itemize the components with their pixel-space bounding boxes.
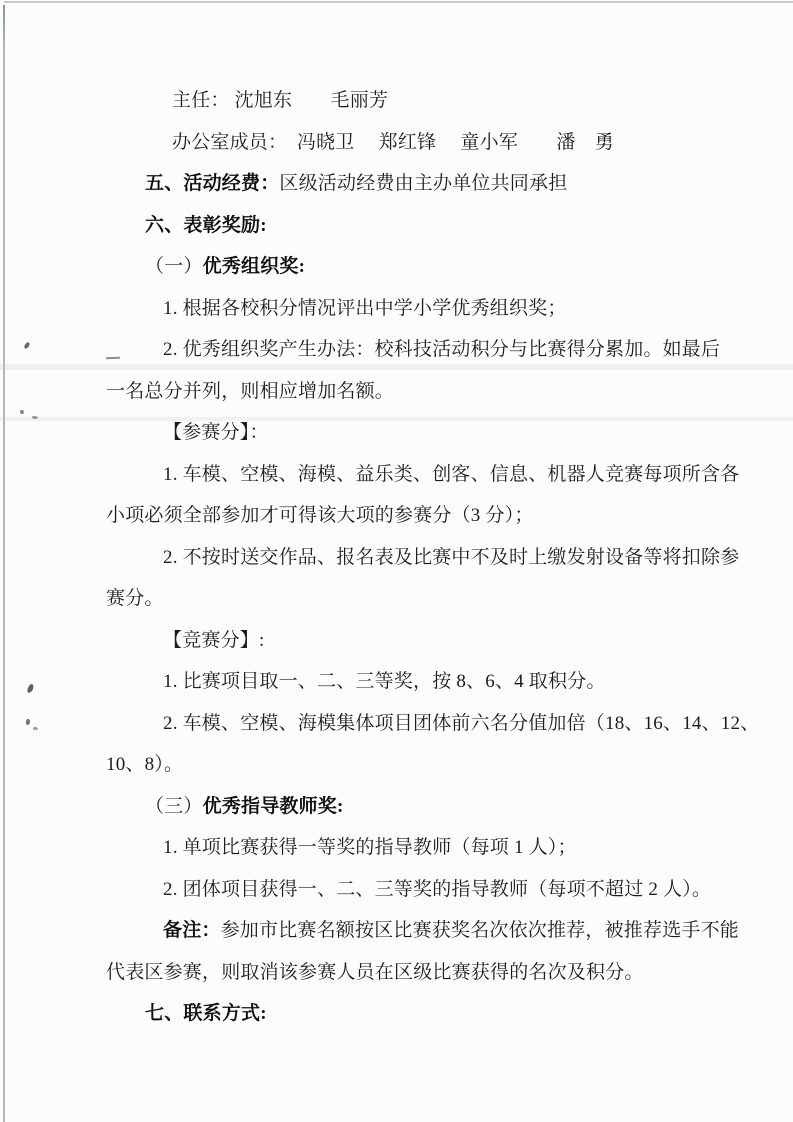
text-segment: 赛分。 [106,588,164,609]
text-segment: 代表区参赛，则取消该参赛人员在区级比赛获得的名次及积分。 [106,962,644,983]
text-line: 备注：参加市比赛名额按区比赛获奖名次依次推荐，被推荐选手不能 [163,910,793,952]
text-line: 1. 车模、空模、海模、益乐类、创客、信息、机器人竞赛每项所含各 [163,454,793,496]
text-segment: 主任： 沈旭东 毛丽芳 [172,90,388,111]
text-segment: 1. 根据各校积分情况评出中学小学优秀组织奖； [163,298,567,319]
text-segment: 10、8）。 [106,754,183,775]
text-line: 六、表彰奖励: [145,205,793,247]
bold-text-segment: 优秀指导教师奖: [203,796,344,817]
text-segment: （一） [145,256,203,277]
text-segment: 2. 车模、空模、海模集体项目团体前六名分值加倍（18、16、14、12、 [163,713,759,734]
text-line: 代表区参赛，则取消该参赛人员在区级比赛获得的名次及积分。 [106,952,793,994]
text-segment: 【竞赛分】: [163,630,264,651]
text-line: 1. 比赛项目取一、二、三等奖，按 8、6、4 取积分。 [163,661,793,703]
text-line: 办公室成员： 冯晓卫 郑红锋 童小军 潘 勇 [172,122,793,164]
text-segment: 参加市比赛名额按区比赛获奖名次依次推荐，被推荐选手不能 [221,920,739,941]
bold-text-segment: 备注： [163,920,221,941]
text-line: 小项必须全部参加才可得该大项的参赛分（3 分）； [106,495,793,537]
text-line: 2. 车模、空模、海模集体项目团体前六名分值加倍（18、16、14、12、 [163,703,793,745]
document-page: 主任： 沈旭东 毛丽芳办公室成员： 冯晓卫 郑红锋 童小军 潘 勇五、活动经费：… [0,0,793,1122]
text-segment: 1. 比赛项目取一、二、三等奖，按 8、6、4 取积分。 [163,671,606,692]
text-line: 五、活动经费：区级活动经费由主办单位共同承担 [145,163,793,205]
text-line: （一）优秀组织奖: [145,246,793,288]
text-line: 2. 不按时送交作品、报名表及比赛中不及时上缴发射设备等将扣除参 [163,537,793,579]
text-line: （三）优秀指导教师奖: [145,786,793,828]
text-line: 七、联系方式: [145,993,793,1035]
bold-text-segment: 优秀组织奖: [203,256,306,277]
text-segment: 2. 优秀组织奖产生办法：校科技活动积分与比赛得分累加。如最后 [163,339,720,360]
text-line: 2. 优秀组织奖产生办法：校科技活动积分与比赛得分累加。如最后 [163,329,793,371]
bold-text-segment: 五、活动经费： [145,173,279,194]
document-body: 主任： 沈旭东 毛丽芳办公室成员： 冯晓卫 郑红锋 童小军 潘 勇五、活动经费：… [0,0,793,1035]
text-line: 一名总分并列，则相应增加名额。 [106,371,793,413]
text-line: 【竞赛分】: [163,620,793,662]
text-segment: 1. 单项比赛获得一等奖的指导教师（每项 1 人）； [163,837,577,858]
text-segment: 小项必须全部参加才可得该大项的参赛分（3 分）； [106,505,534,526]
text-line: 1. 根据各校积分情况评出中学小学优秀组织奖； [163,288,793,330]
text-segment: 区级活动经费由主办单位共同承担 [279,173,567,194]
text-segment: 一名总分并列，则相应增加名额。 [106,381,394,402]
text-segment: 1. 车模、空模、海模、益乐类、创客、信息、机器人竞赛每项所含各 [163,464,739,485]
text-line: 1. 单项比赛获得一等奖的指导教师（每项 1 人）； [163,827,793,869]
text-segment: 【参赛分】： [163,422,269,443]
text-line: 【参赛分】： [163,412,793,454]
text-line: 10、8）。 [106,744,793,786]
text-line: 主任： 沈旭东 毛丽芳 [172,80,793,122]
text-segment: 办公室成员： 冯晓卫 郑红锋 童小军 潘 勇 [172,132,614,153]
text-line: 赛分。 [106,578,793,620]
text-segment: （三） [145,796,203,817]
bold-text-segment: 七、联系方式: [145,1003,267,1024]
text-segment: 2. 团体项目获得一、二、三等奖的指导教师（每项不超过 2 人）。 [163,879,711,900]
text-segment: 2. 不按时送交作品、报名表及比赛中不及时上缴发射设备等将扣除参 [163,547,739,568]
bold-text-segment: 六、表彰奖励: [145,215,267,236]
text-line: 2. 团体项目获得一、二、三等奖的指导教师（每项不超过 2 人）。 [163,869,793,911]
